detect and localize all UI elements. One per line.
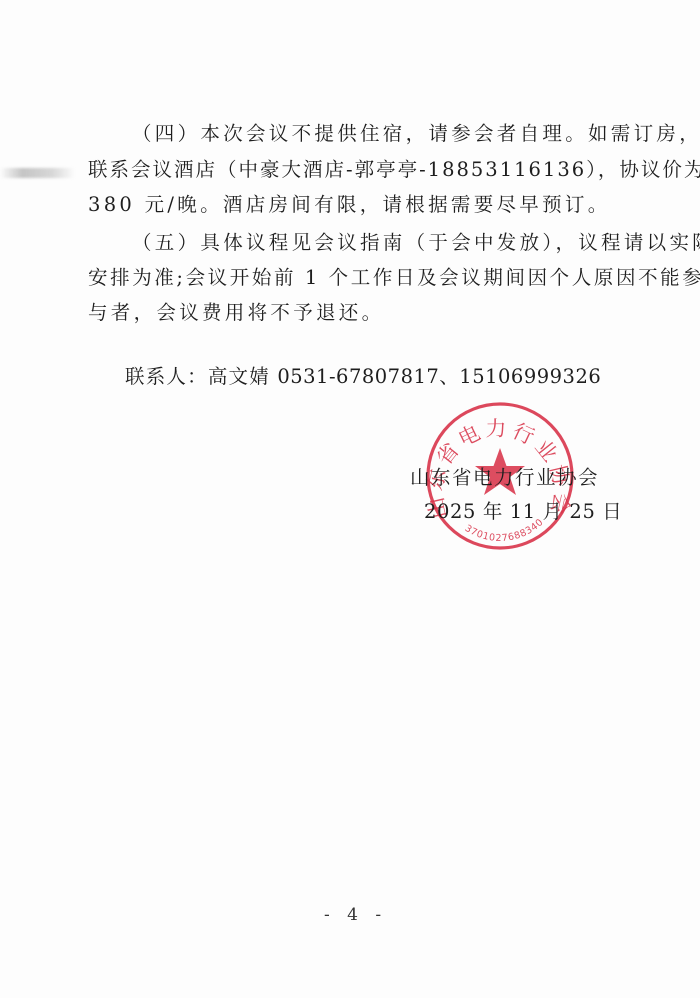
paragraph-4-line-3: 380 元/晚。酒店房间有限，请根据需要尽早预订。 bbox=[88, 193, 611, 217]
contact-name: 高文婧 bbox=[208, 365, 270, 388]
page-number: - 4 - bbox=[324, 905, 387, 925]
paragraph-5-line-2: 安排为准;会议开始前 1 个工作日及会议期间因个人原因不能参 bbox=[88, 266, 700, 290]
contact-line: 联系人：高文婧 0531-67807817、15106999326 bbox=[125, 365, 601, 389]
issuing-organization: 山东省电力行业协会 bbox=[410, 466, 599, 490]
issue-date: 2025 年 11 月 25 日 bbox=[424, 500, 622, 524]
scan-artifact bbox=[0, 168, 75, 178]
paragraph-5-line-3: 与者，会议费用将不予退还。 bbox=[88, 301, 384, 325]
contact-label: 联系人： bbox=[125, 365, 208, 388]
document-page: （四）本次会议不提供住宿，请参会者自理。如需订房，可 联系会议酒店（中豪大酒店-… bbox=[0, 0, 700, 998]
paragraph-4-line-1: （四）本次会议不提供住宿，请参会者自理。如需订房，可 bbox=[132, 122, 700, 146]
paragraph-5-line-1: （五）具体议程见会议指南（于会中发放），议程请以实际 bbox=[132, 231, 700, 255]
paragraph-4-line-2: 联系会议酒店（中豪大酒店-郭亭亭-18853116136），协议价为 bbox=[88, 158, 700, 182]
contact-phones: 0531-67807817、15106999326 bbox=[277, 365, 601, 388]
